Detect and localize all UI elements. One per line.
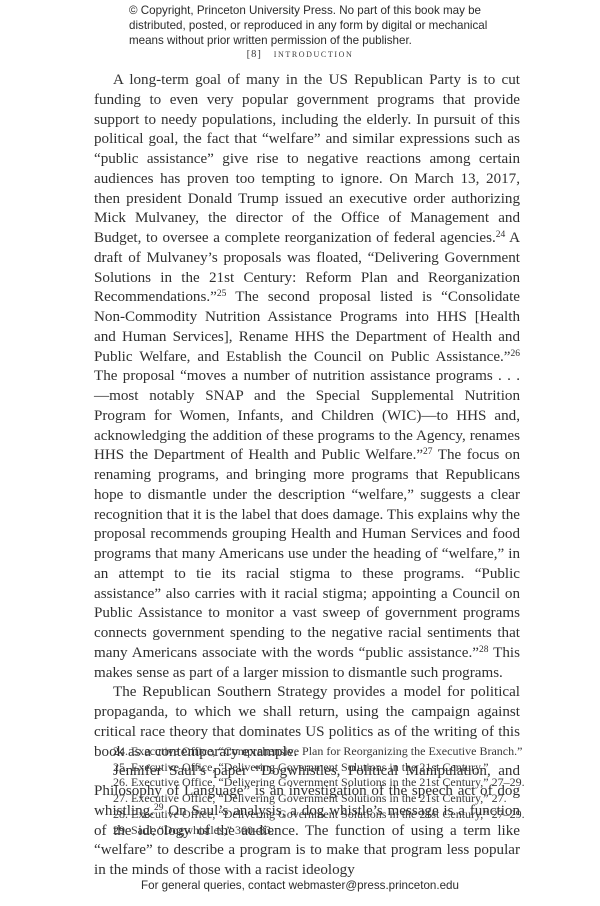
footnote-ref-25[interactable]: 25 [217, 289, 227, 299]
footnote-26: 26. Executive Office, “Delivering Govern… [113, 775, 533, 791]
running-head: [8] Introduction [0, 46, 600, 61]
footnote-ref-24[interactable]: 24 [496, 230, 506, 240]
running-title: Introduction [274, 46, 354, 60]
footnote-25: 25. Executive Office, “Delivering Govern… [113, 760, 533, 776]
footnote-24: 24. Executive Office, “Comprehensive Pla… [113, 744, 533, 760]
footnote-ref-26[interactable]: 26 [511, 349, 521, 359]
paragraph: A long-term goal of many in the US Repub… [94, 71, 520, 683]
footnote-ref-28[interactable]: 28 [479, 645, 489, 655]
text-run: The focus on renaming programs, and brin… [94, 447, 520, 661]
copyright-notice: © Copyright, Princeton University Press.… [129, 3, 489, 48]
footnote-ref-27[interactable]: 27 [423, 447, 433, 457]
page-number: [8] [247, 49, 262, 60]
footnotes-list: 24. Executive Office, “Comprehensive Pla… [113, 744, 533, 838]
footnote-28: 28. Executive Office, “Delivering Govern… [113, 807, 533, 823]
footnote-29: 29. Saul, “Dogwhistles,” 360–83. [113, 823, 533, 839]
text-run: A long-term goal of many in the US Repub… [94, 72, 520, 246]
footer-contact: For general queries, contact webmaster@p… [0, 879, 600, 892]
footnote-27: 27. Executive Office, “Delivering Govern… [113, 791, 533, 807]
